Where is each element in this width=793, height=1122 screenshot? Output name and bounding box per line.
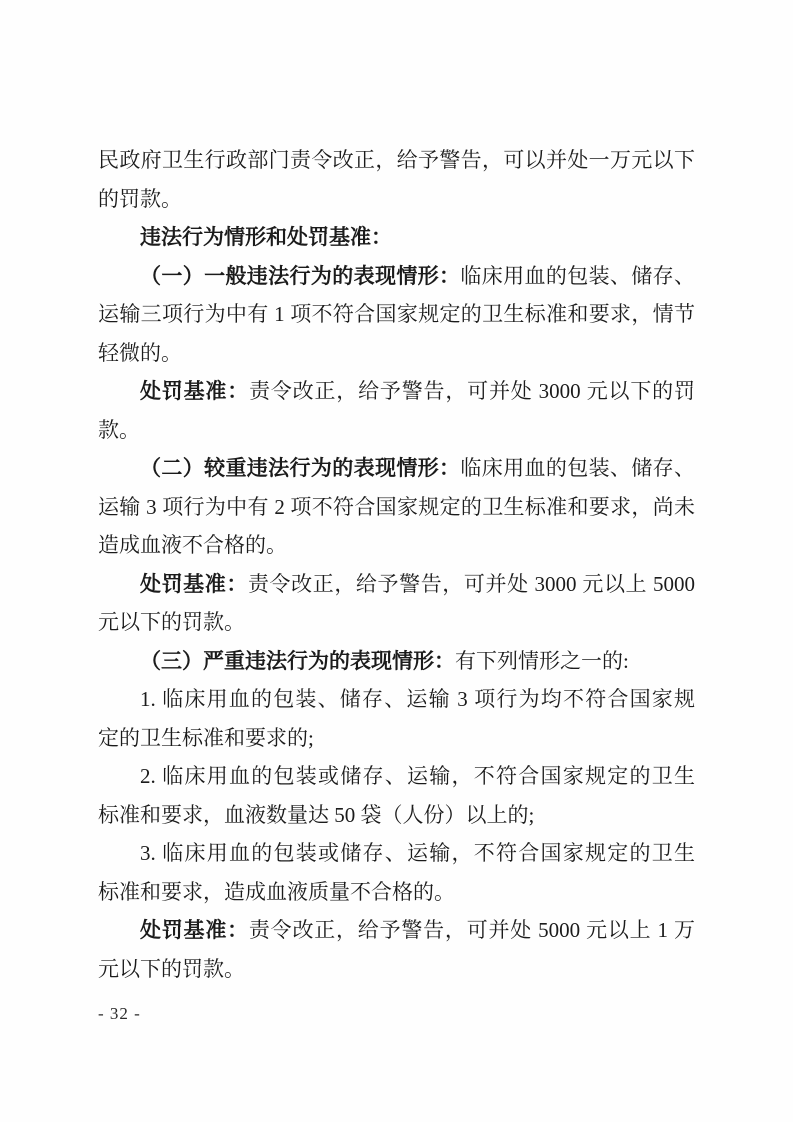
text-line: （一）一般违法行为的表现情形：临床用血的包装、储存、 [98, 257, 695, 296]
heading-segment: 处罚基准： [140, 918, 249, 942]
text-segment: 标准和要求，血液数量达 50 袋（人份）以上的; [98, 803, 534, 827]
heading-segment: 处罚基准： [140, 379, 249, 403]
text-segment: 标准和要求，造成血液质量不合格的。 [98, 880, 455, 904]
text-segment: 运输 3 项行为中有 2 项不符合国家规定的卫生标准和要求，尚未 [98, 495, 695, 519]
text-segment: 轻微的。 [98, 341, 182, 365]
text-line: 运输 3 项行为中有 2 项不符合国家规定的卫生标准和要求，尚未 [98, 488, 695, 527]
text-line: （三）严重违法行为的表现情形：有下列情形之一的: [98, 642, 695, 681]
text-line: 造成血液不合格的。 [98, 526, 695, 565]
text-segment: 2. 临床用血的包装或储存、运输，不符合国家规定的卫生 [140, 764, 695, 788]
text-segment: 的罚款。 [98, 187, 182, 211]
text-line: 处罚基准：责令改正，给予警告，可并处 3000 元以下的罚 [98, 372, 695, 411]
text-line: 元以下的罚款。 [98, 603, 695, 642]
text-line: 民政府卫生行政部门责令改正，给予警告，可以并处一万元以下 [98, 141, 695, 180]
text-segment: 款。 [98, 418, 140, 442]
text-line: 标准和要求，造成血液质量不合格的。 [98, 873, 695, 912]
text-line: 2. 临床用血的包装或储存、运输，不符合国家规定的卫生 [98, 757, 695, 796]
text-line: 标准和要求，血液数量达 50 袋（人份）以上的; [98, 796, 695, 835]
text-line: 3. 临床用血的包装或储存、运输，不符合国家规定的卫生 [98, 834, 695, 873]
text-segment: 临床用血的包装、储存、 [460, 264, 695, 288]
text-segment: 造成血液不合格的。 [98, 533, 287, 557]
text-segment: 民政府卫生行政部门责令改正，给予警告，可以并处一万元以下 [98, 148, 695, 172]
text-segment: 3. 临床用血的包装或储存、运输，不符合国家规定的卫生 [140, 841, 695, 865]
heading-segment: 违法行为情形和处罚基准： [140, 225, 392, 249]
text-line: 元以下的罚款。 [98, 950, 695, 989]
text-line: 轻微的。 [98, 334, 695, 373]
text-segment: 临床用血的包装、储存、 [460, 456, 695, 480]
text-line: （二）较重违法行为的表现情形：临床用血的包装、储存、 [98, 449, 695, 488]
document-body: 民政府卫生行政部门责令改正，给予警告，可以并处一万元以下的罚款。违法行为情形和处… [98, 141, 695, 988]
text-line: 运输三项行为中有 1 项不符合国家规定的卫生标准和要求，情节 [98, 295, 695, 334]
text-segment: 有下列情形之一的: [455, 649, 629, 673]
page-number: - 32 - [98, 1002, 141, 1026]
text-line: 定的卫生标准和要求的; [98, 719, 695, 758]
text-line: 1. 临床用血的包装、储存、运输 3 项行为均不符合国家规 [98, 680, 695, 719]
heading-segment: （二）较重违法行为的表现情形： [140, 456, 460, 480]
text-segment: 运输三项行为中有 1 项不符合国家规定的卫生标准和要求，情节 [98, 302, 695, 326]
text-segment: 元以下的罚款。 [98, 610, 245, 634]
document-page: 民政府卫生行政部门责令改正，给予警告，可以并处一万元以下的罚款。违法行为情形和处… [0, 0, 793, 1122]
text-segment: 责令改正，给予警告，可并处 5000 元以上 1 万 [249, 918, 695, 942]
text-segment: 定的卫生标准和要求的; [98, 726, 314, 750]
text-line: 违法行为情形和处罚基准： [98, 218, 695, 257]
text-line: 的罚款。 [98, 180, 695, 219]
text-segment: 责令改正，给予警告，可并处 3000 元以下的罚 [249, 379, 695, 403]
text-line: 处罚基准：责令改正，给予警告，可并处 3000 元以上 5000 [98, 565, 695, 604]
text-segment: 1. 临床用血的包装、储存、运输 3 项行为均不符合国家规 [140, 687, 695, 711]
heading-segment: 处罚基准： [140, 572, 248, 596]
text-line: 处罚基准：责令改正，给予警告，可并处 5000 元以上 1 万 [98, 911, 695, 950]
text-segment: 责令改正，给予警告，可并处 3000 元以上 5000 [248, 572, 695, 596]
heading-segment: （三）严重违法行为的表现情形： [140, 649, 455, 673]
heading-segment: （一）一般违法行为的表现情形： [140, 264, 460, 288]
text-line: 款。 [98, 411, 695, 450]
text-segment: 元以下的罚款。 [98, 957, 245, 981]
